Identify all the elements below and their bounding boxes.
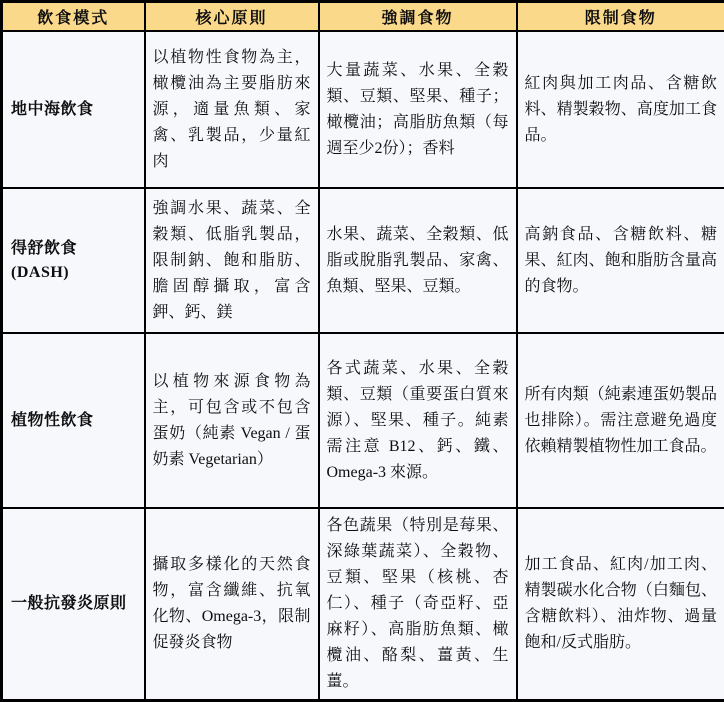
cell-mediterranean-restricted: 紅肉與加工肉品、含糖飲料、精製穀物、高度加工食品。 — [517, 31, 724, 188]
column-header-core-principles: 核心原則 — [145, 2, 319, 32]
cell-dash-principles: 強調水果、蔬菜、全穀類、低脂乳製品，限制鈉、飽和脂肪、膽固醇攝取，富含鉀、鈣、鎂 — [145, 188, 319, 333]
cell-mediterranean-pattern: 地中海飲食 — [2, 31, 145, 188]
table-header-row: 飲食模式 核心原則 強調食物 限制食物 — [2, 2, 724, 32]
diet-comparison-table: 飲食模式 核心原則 強調食物 限制食物 地中海飲食 以植物性食物為主，橄欖油為主… — [0, 0, 724, 702]
cell-anti-inflammatory-restricted: 加工食品、紅肉/加工肉、精製碳水化合物（白麵包、含糖飲料）、油炸物、過量飽和/反… — [517, 508, 724, 701]
document-page: 飲食模式 核心原則 強調食物 限制食物 地中海飲食 以植物性食物為主，橄欖油為主… — [0, 0, 724, 695]
cell-mediterranean-principles: 以植物性食物為主，橄欖油為主要脂肪來源，適量魚類、家禽、乳製品，少量紅肉 — [145, 31, 319, 188]
column-header-restricted-foods: 限制食物 — [517, 2, 724, 32]
cell-plant-based-pattern: 植物性飲食 — [2, 333, 145, 508]
cell-anti-inflammatory-emphasized: 各色蔬果（特別是莓果、深綠葉蔬菜）、全穀物、豆類、堅果（核桃、杏仁）、種子（奇亞… — [319, 508, 517, 701]
cell-plant-based-principles: 以植物來源食物為主，可包含或不包含蛋奶（純素 Vegan / 蛋奶素 Veget… — [145, 333, 319, 508]
cell-anti-inflammatory-pattern: 一般抗發炎原則 — [2, 508, 145, 701]
cell-dash-pattern: 得舒飲食 (DASH) — [2, 188, 145, 333]
column-header-emphasized-foods: 強調食物 — [319, 2, 517, 32]
table-row-dash-diet: 得舒飲食 (DASH) 強調水果、蔬菜、全穀類、低脂乳製品，限制鈉、飽和脂肪、膽… — [2, 188, 724, 333]
table-row-plant-based-diet: 植物性飲食 以植物來源食物為主，可包含或不包含蛋奶（純素 Vegan / 蛋奶素… — [2, 333, 724, 508]
cell-plant-based-emphasized: 各式蔬菜、水果、全穀類、豆類（重要蛋白質來源）、堅果、種子。純素需注意 B12、… — [319, 333, 517, 508]
column-header-diet-pattern: 飲食模式 — [2, 2, 145, 32]
cell-dash-emphasized: 水果、蔬菜、全穀類、低脂或脫脂乳製品、家禽、魚類、堅果、豆類。 — [319, 188, 517, 333]
table-row-anti-inflammatory: 一般抗發炎原則 攝取多樣化的天然食物，富含纖維、抗氧化物、Omega-3，限制促… — [2, 508, 724, 701]
cell-dash-restricted: 高鈉食品、含糖飲料、糖果、紅肉、飽和脂肪含量高的食物。 — [517, 188, 724, 333]
cell-mediterranean-emphasized: 大量蔬菜、水果、全穀類、豆類、堅果、種子；橄欖油；高脂肪魚類（每週至少2份）；香… — [319, 31, 517, 188]
cell-anti-inflammatory-principles: 攝取多樣化的天然食物，富含纖維、抗氧化物、Omega-3，限制促發炎食物 — [145, 508, 319, 701]
table-row-mediterranean-diet: 地中海飲食 以植物性食物為主，橄欖油為主要脂肪來源，適量魚類、家禽、乳製品，少量… — [2, 31, 724, 188]
cell-plant-based-restricted: 所有肉類（純素連蛋奶製品也排除）。需注意避免過度依賴精製植物性加工食品。 — [517, 333, 724, 508]
